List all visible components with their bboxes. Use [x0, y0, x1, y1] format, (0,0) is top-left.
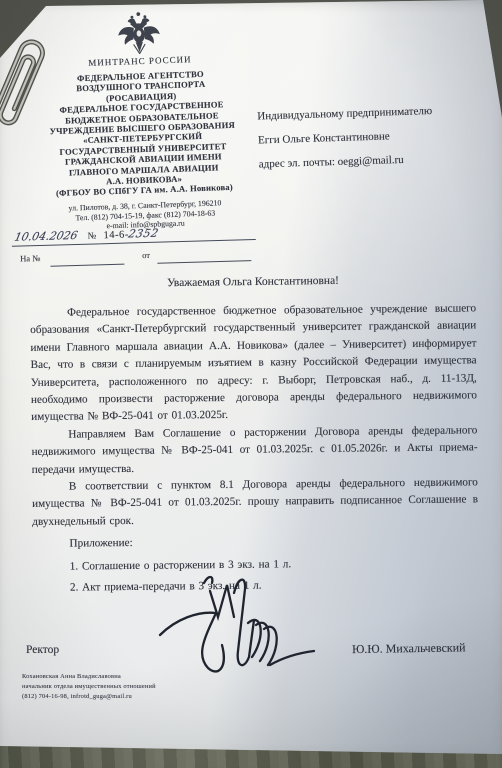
outgoing-number-typed: 14-6- [103, 230, 129, 242]
reply-from-label: от [142, 250, 150, 260]
contact-line: начальник отдела имущественных отношений [22, 682, 156, 692]
outgoing-number: 14-6-2352 [103, 227, 159, 242]
double-headed-eagle-coat-of-arms-icon [115, 9, 163, 55]
contact-line: (812) 704-16-98, infrotd_guga@mail.ru [22, 692, 156, 702]
body-paragraph-2: Направляем Вам Соглашение о расторжении … [31, 422, 478, 479]
body-paragraph-1: Федеральное государственное бюджетное об… [30, 300, 477, 427]
reply-from-underline [157, 260, 251, 264]
letter-page: МИНТРАНС РОССИИ ФЕДЕРАЛЬНОЕ АГЕНТСТВО ВО… [0, 0, 502, 768]
letter-content: МИНТРАНС РОССИИ ФЕДЕРАЛЬНОЕ АГЕНТСТВО ВО… [0, 0, 502, 768]
date-handwritten: 10.04.2026 [13, 229, 79, 244]
contact-line: Кохановская Анна Владиславовна [22, 672, 156, 682]
photo-scene: МИНТРАНС РОССИИ ФЕДЕРАЛЬНОЕ АГЕНТСТВО ВО… [0, 0, 502, 768]
attachments-label: Приложение: [32, 532, 478, 554]
reply-ref-underline [50, 264, 124, 267]
letter-body: Федеральное государственное бюджетное об… [30, 300, 479, 599]
reference-block: 10.04.2026 № 14-6-2352 На № от [11, 222, 282, 276]
date-underline [12, 243, 100, 246]
salutation: Уважаемая Ольга Константиновна! [30, 273, 476, 291]
signer-title: Ректор [26, 644, 59, 656]
body-paragraph-3: В соответствии с пунктом 8.1 Договора ар… [32, 474, 479, 531]
signer-name: Ю.Ю. Михальчевский [352, 640, 492, 657]
recipient-block: Индивидуальному предпринимателю Егги Оль… [257, 98, 481, 177]
executor-contact-block: Кохановская Анна Владиславовна начальник… [22, 672, 156, 702]
signature-scribble [148, 573, 323, 688]
outgoing-number-handwritten: 2352 [127, 227, 160, 241]
reply-ref-label: На № [20, 253, 40, 264]
number-sign-label: № [87, 230, 96, 240]
